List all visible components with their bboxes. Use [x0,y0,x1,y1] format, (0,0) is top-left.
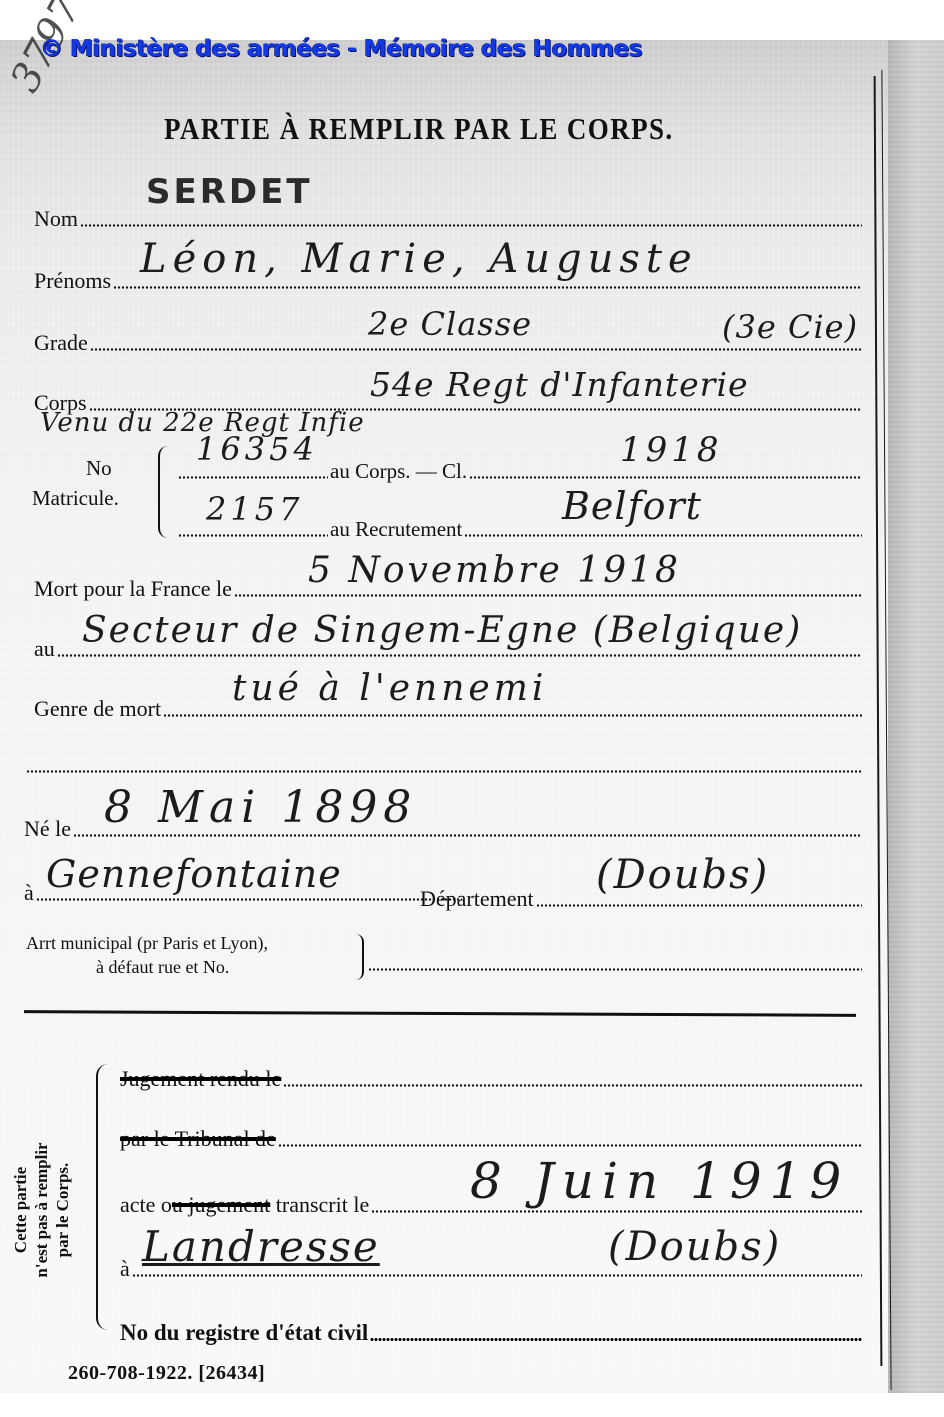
ne-a-label: à [24,882,34,904]
copyright-watermark: © Ministère des armées - Mémoire des Hom… [40,36,642,62]
dotted-leader [464,534,862,537]
print-reference: 260-708-1922. [26434] [68,1362,265,1385]
blank-line [24,742,864,776]
ne-le-label: Né le [24,818,71,840]
field-nom: Nom [34,196,864,230]
corps-value: 54e Regt d'Infanterie [370,365,749,404]
dotted-leader [26,770,862,773]
dotted-leader [278,1144,862,1147]
civil-section-side-note: Cette partie n'est pas à remplir par le … [10,1080,110,1340]
lieu-mort-value: Secteur de Singem-Egne (Belgique) [82,610,802,651]
genre-mort-label: Genre de mort [34,698,161,720]
au-recrutement-label: au Recrutement [330,519,462,540]
arr-municipal-label: Arrt municipal (pr Paris et Lyon), [26,934,268,952]
dotted-leader [36,898,462,901]
prenoms-value: Léon, Marie, Auguste [140,236,698,282]
ne-le-value: 8 Mai 1898 [104,782,417,833]
lieu-transcription-dept: (Doubs) [608,1224,781,1270]
dotted-leader [73,834,862,837]
dotted-leader [283,1084,862,1087]
acte-date-value: 8 Juin 1919 [470,1152,849,1210]
field-tribunal: par le Tribunal de [120,1116,864,1150]
lieu-transcription-value: Landresse [142,1222,380,1271]
section-separator [24,1010,856,1017]
grade-label: Grade [34,332,88,354]
dotted-leader [90,348,862,351]
dotted-leader [178,476,328,479]
acte-label: acte ou jugement transcrit le [120,1194,369,1216]
matricule-corps-value: 16354 [196,430,318,468]
prenoms-label: Prénoms [34,270,111,292]
dotted-leader [469,476,862,479]
card-title: PARTIE À REMPLIR PAR LE CORPS. [164,112,674,147]
death-record-card: 3797 PARTIE À REMPLIR PAR LE CORPS. SERD… [0,0,944,1417]
matricule-label-no: No [86,458,112,479]
mort-date-value: 5 Novembre 1918 [308,550,681,591]
tribunal-label: par le Tribunal de [120,1128,276,1150]
dotted-leader [178,534,328,537]
field-registre: No du registre d'état civil [120,1310,864,1344]
arr-municipal-sublabel: à défaut rue et No. [96,958,229,976]
dotted-leader [113,286,862,289]
ne-a-value: Gennefontaine [46,852,342,896]
dotted-leader [163,714,862,717]
departement-value: (Doubs) [596,852,769,898]
dotted-leader [371,1210,862,1213]
lieu-transcription-label: à [120,1258,130,1280]
field-arr-municipal [366,940,864,974]
arr-brace [356,934,364,980]
dotted-leader [234,594,862,597]
departement-label: Département [420,888,534,910]
matricule-recrutement-value: 2157 [206,490,303,528]
dotted-leader [132,1274,862,1277]
au-corps-label: au Corps. — Cl. [330,461,467,482]
dotted-leader [80,224,862,227]
dotted-leader [536,904,862,907]
dotted-leader [370,1338,862,1341]
grade-value: 2e Classe [368,305,532,343]
field-jugement: Jugement rendu le [120,1056,864,1090]
civil-section-brace [96,1064,108,1330]
dotted-leader [57,654,862,657]
grade-company: (3e Cie) [722,308,858,346]
registre-label: No du registre d'état civil [120,1321,368,1344]
dotted-leader [368,968,862,971]
genre-mort-value: tué à l'ennemi [232,668,547,709]
nom-label: Nom [34,208,78,230]
matricule-brace [158,446,168,538]
matricule-label: Matricule. [32,488,119,509]
recrutement-value: Belfort [562,484,702,528]
mort-label: Mort pour la France le [34,578,232,600]
classe-value: 1918 [620,430,723,470]
lieu-mort-label: au [34,638,55,660]
jugement-label: Jugement rendu le [120,1068,281,1090]
